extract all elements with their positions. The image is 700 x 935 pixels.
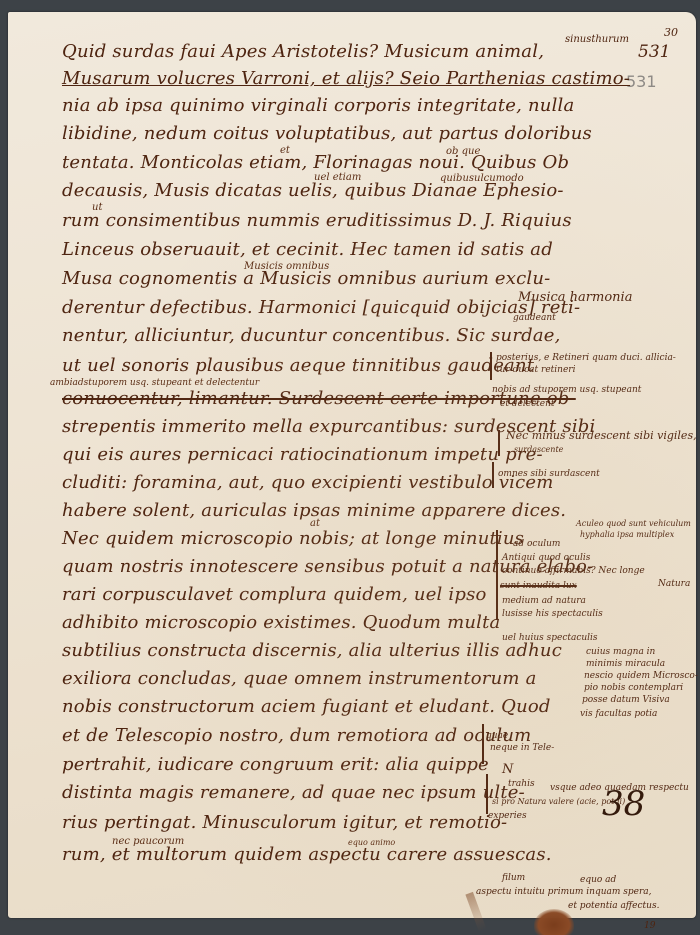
margin-pio: pio nobis contemplari [584,682,683,694]
margin-nobis-ad: nobis ad stuporem usq. stupeant [492,384,641,396]
margin-filum: filum [502,872,525,884]
margin-ad-oculum: ad oculum [513,538,560,550]
margin-continuo: continuo affirmabis? Nec longe [502,565,645,577]
margin-et-delectent: et delectent [500,398,555,410]
folio-pencil: 531 [626,72,657,91]
text-line-15: qui eis aures pernicaci ratiocinationum … [62,444,543,465]
text-line-16: cluditi: foramina, aut, quo excipienti v… [62,472,553,493]
insert-musicis-omnibus: Musicis omnibus [244,261,329,272]
insert-nec-paucorum: nec paucorum [112,836,184,847]
margin-quae: quae [486,730,508,742]
text-line-7: rum consimentibus nummis eruditissimus D… [62,210,572,231]
margin-experies: experies [488,810,527,822]
margin-n: N [502,764,513,776]
footer-mark: 19 [644,920,655,932]
page-number-38: 38 [602,784,645,824]
insert-obque: ob que [446,146,480,157]
margin-vis: vis facultas potia [580,708,657,720]
margin-posterius: posterius, e Retineri quam duci. allicia… [496,352,676,364]
margin-brace [490,352,492,380]
margin-lusisse: lusisse his spectaculis [502,608,603,620]
text-line-20: rari corpusculavet complura quidem, uel … [62,584,487,605]
margin-neque-tele: neque in Tele- [490,742,554,754]
insert-uel-etiam: uel etiam [314,172,361,183]
text-line-24: nobis constructorum aciem fugiant et elu… [62,696,551,717]
ink-stain [534,909,574,935]
text-line-21: adhibito microscopio existimes. Quodum m… [62,612,500,633]
text-line-5: tentata. Monticolas etiam, Florinagas no… [62,152,569,173]
text-line-2: Musarum volucres Varroni, et alijs? Seio… [62,68,630,89]
text-line-3: nia ab ipsa quinimo virginali corporis i… [62,95,574,116]
insert-equo-animo: equo animo [348,838,395,847]
text-line-26: pertrahit, iudicare congruum erit: alia … [62,754,489,775]
margin-trahis: trahis [508,778,535,790]
margin-medium: medium ad natura [502,595,586,607]
margin-posse: posse datum Visiva [582,694,670,706]
margin-brace [486,774,488,814]
margin-aculeo-2: hyphalia ipsa multiplex [580,529,674,541]
margin-uel-huius: uel huius spectaculis [502,632,598,644]
text-line-29: rum, et multorum quidem aspectu carere a… [62,844,552,865]
insert-at: at [310,518,320,529]
catchword-header: sinusthurum [565,34,629,45]
text-line-22: subtilius constructa discernis, alia ult… [62,640,562,661]
margin-aspectu: aspectu intuitu primum inquam spera, [476,886,652,898]
text-line-28: rius pertingat. Minusculorum igitur, et … [62,812,507,833]
margin-nec-sub: surdascente [514,444,563,456]
margin-minimis: minimis miracula [586,658,665,670]
text-line-23: exiliora concludas, quae omnem instrumen… [62,668,537,689]
text-line-11: nentur, alliciuntur, ducuntur concentibu… [62,325,561,346]
underlined-phrase: Musarum volucres Varroni, et alijs? Seio… [62,68,630,89]
folio-ink: 531 [638,42,670,62]
margin-brace [482,724,484,764]
folio-small: 30 [664,26,678,39]
text-line-25: et de Telescopio nostro, dum remotiora a… [62,725,531,746]
margin-nescio: nescio quidem Microsco- [584,670,698,682]
margin-struck-1: sunt inaudita lux [500,580,577,592]
margin-brace [496,530,498,620]
margin-omnes: omnes sibi surdascent [498,468,600,480]
manuscript-page: sinusthurum 30 531 531 Quid surdas faui … [8,12,696,918]
margin-nat: Natura [658,578,690,590]
margin-antiqua: Antiqui quod oculis [502,552,590,564]
margin-nec-surdescent: Nec minus surdescent sibi vigiles, sibi [506,430,700,442]
margin-brace [498,430,500,456]
text-line-27: distinta magis remanere, ad quae nec ips… [62,782,525,803]
margin-et-potentia: et potentia affectus. [568,900,659,912]
margin-musica-harmonia: Musica harmonia [518,292,632,304]
text-line-10: derentur defectibus. Harmonici [quicquid… [62,297,580,318]
text-line-18: Nec quidem microscopio nobis; at longe m… [62,528,524,549]
text-line-4: libidine, nedum coitus voluptatibus, aut… [62,123,592,144]
margin-musica-sub: gaudeant [513,312,556,324]
margin-brace [492,462,494,488]
margin-cuius-magna: cuius magna in [586,646,655,658]
insert-strike-line: ambiadstuporem usq. stupeant et delecten… [50,378,259,388]
margin-posterius-2: tur ducat retineri [496,364,575,376]
insert-et: et [280,145,290,156]
insert-quibuscumque: quibusulcumodo [440,173,524,184]
insert-ut: ut [92,202,102,213]
text-line-8: Linceus obseruauit, et cecinit. Hec tame… [62,239,553,260]
text-line-12: ut uel sonoris plausibus aeque tinnitibu… [62,355,534,376]
margin-equo-ad: equo ad [580,874,616,886]
text-line-1: Quid surdas faui Apes Aristotelis? Music… [62,41,544,62]
